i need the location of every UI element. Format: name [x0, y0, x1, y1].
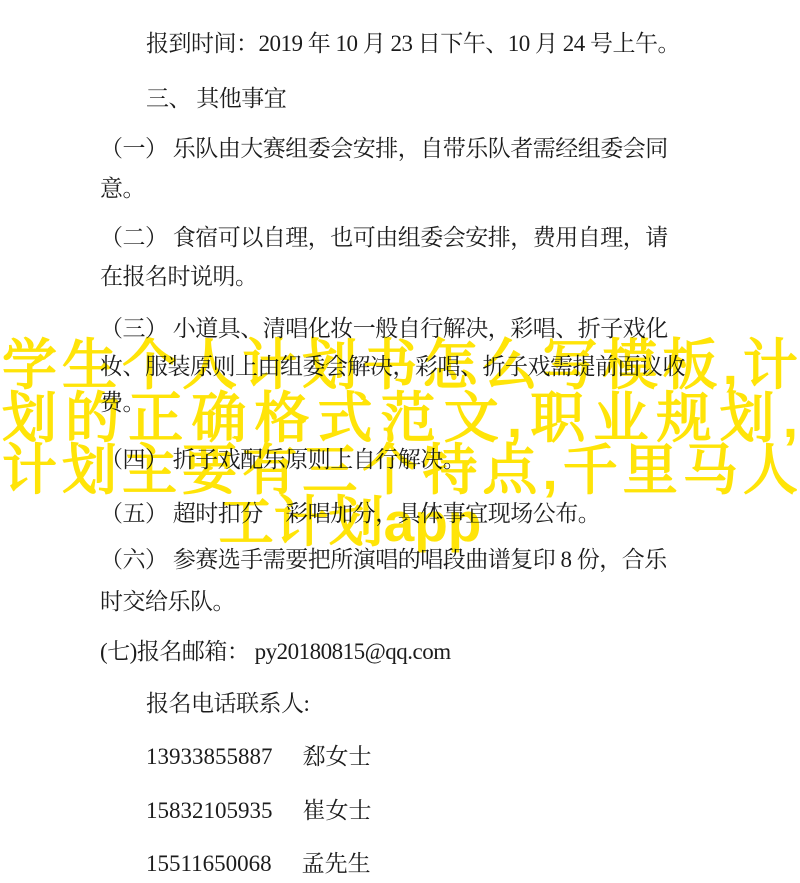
document-page: 报到时间：2019 年 10 月 23 日下午、10 月 24 号上午。三、 其…: [0, 0, 800, 883]
document-line: （六） 参赛选手需要把所演唱的唱段曲谱复印 8 份，合乐: [100, 546, 667, 573]
document-line: 报到时间：2019 年 10 月 23 日下午、10 月 24 号上午。: [146, 30, 680, 57]
contact-row: 15511650068孟先生: [146, 850, 371, 877]
contact-name: 孟先生: [302, 851, 371, 876]
document-line: （四） 折子戏配乐原则上自行解决。: [100, 446, 465, 473]
document-line: （一） 乐队由大赛组委会安排，自带乐队者需经组委会同: [100, 135, 668, 162]
contact-phone: 15832105935: [146, 798, 273, 823]
document-line: 费。: [100, 389, 145, 416]
document-line: 报名电话联系人:: [146, 690, 309, 717]
document-line: 时交给乐队。: [100, 588, 235, 615]
document-line: 妆、服装原则上由组委会解决，彩唱、折子戏需提前面议收: [100, 353, 685, 380]
contact-name: 郄女士: [303, 744, 372, 769]
contact-phone: 15511650068: [146, 851, 272, 876]
contact-phone: 13933855887: [146, 744, 273, 769]
document-line: （三） 小道具、清唱化妆一般自行解决，彩唱、折子戏化: [100, 315, 668, 342]
document-line: （二） 食宿可以自理，也可由组委会安排，费用自理，请: [100, 224, 668, 251]
contact-row: 15832105935崔女士: [146, 797, 372, 824]
contact-name: 崔女士: [303, 798, 372, 823]
document-line: 在报名时说明。: [100, 263, 258, 290]
document-line: 三、 其他事宜: [146, 85, 286, 112]
document-line: 意。: [100, 175, 145, 202]
contact-row: 13933855887郄女士: [146, 743, 372, 770]
watermark-overlay: 学生个人计划书怎么写模板,计划的正确格式范文,职业规划,计划主要有三个特点,千里…: [0, 0, 800, 883]
document-line: （五） 超时扣分 彩唱加分，具体事宜现场公布。: [100, 500, 600, 527]
document-line: (七)报名邮箱： py20180815@qq.com: [100, 638, 451, 665]
